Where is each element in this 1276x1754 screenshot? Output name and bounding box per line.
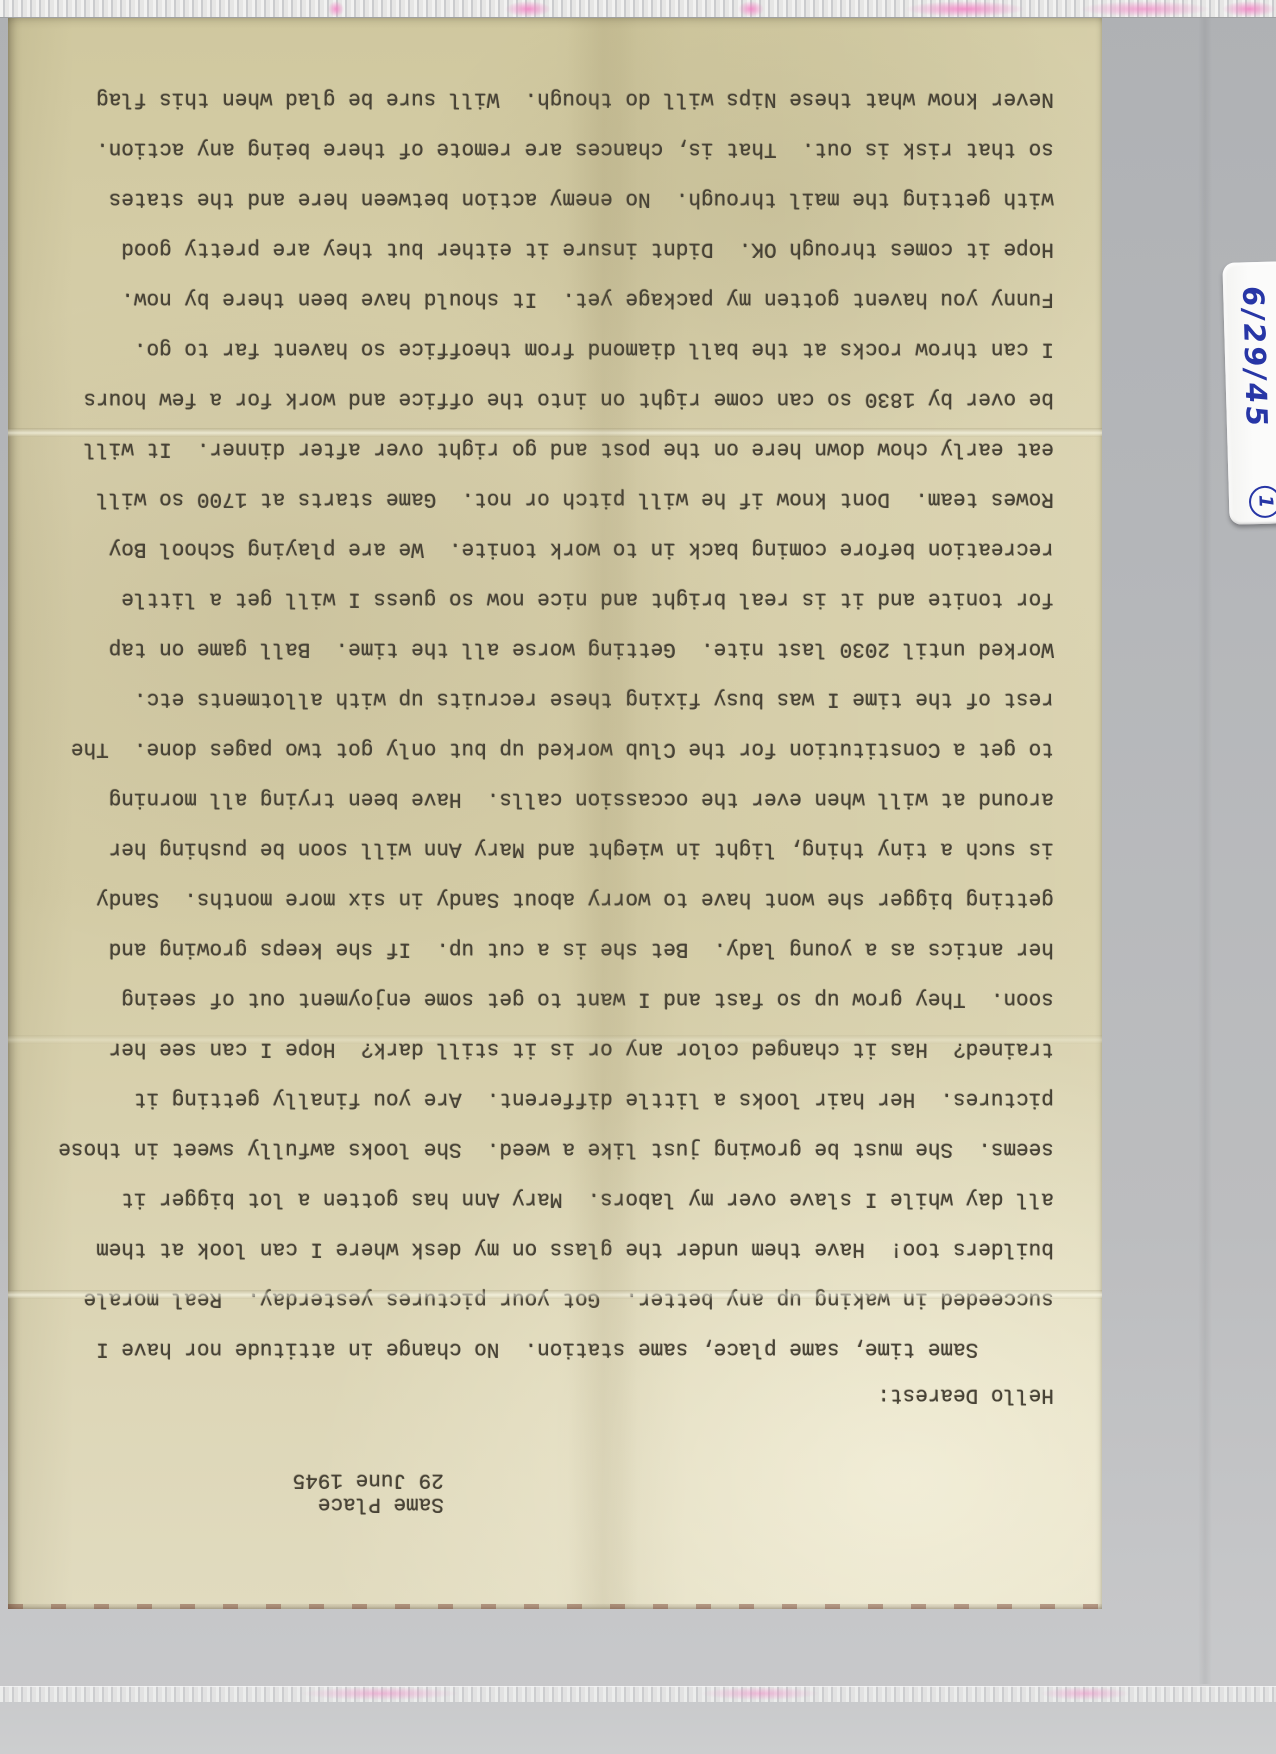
typed-line: to get a Constitution for the Club worke… <box>28 723 1054 773</box>
letter-body: Same time, same place, same station. No … <box>28 73 1054 1373</box>
page-number-circled: 1 <box>1249 485 1276 518</box>
index-tab: 6/29/45 1 <box>1222 261 1276 525</box>
date-place: Same Place <box>318 1492 444 1515</box>
typed-line: rest of the time I was busy fixing these… <box>28 673 1054 723</box>
typed-line: be over by 1830 so can come right on int… <box>28 373 1054 423</box>
date-line: 29 June 1945 <box>293 1468 444 1491</box>
handwritten-date: 6/29/45 <box>1236 284 1274 430</box>
typed-line: all day while I slave over my labors. Ma… <box>28 1173 1054 1223</box>
typed-line: with getting the mail through. No enemy … <box>28 173 1054 223</box>
typed-line: eat early chow down here on the post and… <box>28 423 1054 473</box>
typed-line: I can throw rocks at the ball diamond fr… <box>28 323 1054 373</box>
salutation: Hello Dearest: <box>878 1382 1054 1406</box>
typed-line: her antics as a young lady. Bet she is a… <box>28 923 1054 973</box>
scanned-letter-page: Same Place29 June 1945 Hello Dearest: Sa… <box>0 0 1276 1754</box>
typed-line: so that risk is out. That is, chances ar… <box>28 123 1054 173</box>
typed-line: is such a tiny thing, light in wieght an… <box>28 823 1054 873</box>
typed-line: succeeded in waking up any better. Got y… <box>28 1273 1054 1323</box>
typed-line: pictures. Her hair looks a little differ… <box>28 1073 1054 1123</box>
typed-line: builders too! Have them under the glass … <box>28 1223 1054 1273</box>
typed-line: seems. She must be growing just like a w… <box>28 1123 1054 1173</box>
typed-line: around at will when ever the occassion c… <box>28 773 1054 823</box>
letter-paper: Same Place29 June 1945 Hello Dearest: Sa… <box>8 17 1102 1609</box>
typed-line: soon. They grow up so fast and I want to… <box>28 973 1054 1023</box>
typed-line: Hope it comes through OK. Didnt insure i… <box>28 223 1054 273</box>
date-block: Same Place29 June 1945 <box>293 1467 444 1515</box>
sheet-protector-top-edge <box>0 0 1276 18</box>
typed-line: Funny you havent gotten my package yet. … <box>28 273 1054 323</box>
typed-line: Same time, same place, same station. No … <box>28 1323 1054 1373</box>
typed-letter: Same Place29 June 1945 Hello Dearest: Sa… <box>8 17 1102 1609</box>
typed-line: recreation before coming back in to work… <box>28 523 1054 573</box>
sleeve-opening-shadow <box>1198 17 1212 1684</box>
scanner-background <box>0 1702 1276 1754</box>
typed-line: Never know what these Nips will do thoug… <box>28 73 1054 123</box>
typed-line: getting bigger she wont have to worry ab… <box>28 873 1054 923</box>
typed-line: Worked until 2030 last nite. Getting wor… <box>28 623 1054 673</box>
sheet-protector-bottom-seam <box>0 1686 1276 1703</box>
typed-line: trained? Has it changed color any or is … <box>28 1023 1054 1073</box>
typed-line: for tonite and it is real bright and nic… <box>28 573 1054 623</box>
typed-line: Rowes team. Dont know if he will pitch o… <box>28 473 1054 523</box>
